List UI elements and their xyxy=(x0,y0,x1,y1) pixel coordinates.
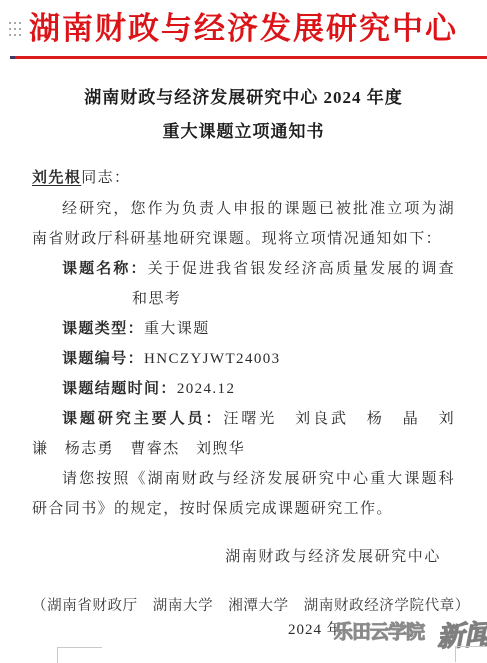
field-label: 课题结题时间： xyxy=(62,381,177,397)
field-value: 关于促进我省银发经济高质量发展的调查和思考 xyxy=(132,261,455,307)
field-value: 2024.12 xyxy=(177,381,236,397)
notice-document-page: { "letterhead": { "org_name": "湖南财政与经济发展… xyxy=(0,0,487,663)
field-value: 重大课题 xyxy=(144,321,210,337)
field-topic-number: 课题编号：HNCZYJWT24003 xyxy=(32,344,455,374)
signature-org-name: 湖南财政与经济发展研究中心 xyxy=(0,545,487,566)
field-research-members: 课题研究主要人员：汪曙光 刘良武 杨 晶 刘 谦 杨志勇 曹睿杰 刘煦华 xyxy=(32,404,455,464)
field-topic-type: 课题类型：重大课题 xyxy=(32,314,455,344)
document-title: 湖南财政与经济发展研究中心 2024 年度 重大课题立项通知书 xyxy=(0,81,487,149)
closing-paragraph: 请您按照《湖南财政与经济发展研究中心重大课题科研合同书》的规定，按时保质完成课题… xyxy=(32,464,455,524)
recipient-suffix: 同志： xyxy=(81,170,130,186)
letterhead-org-name: 湖南财政与经济发展研究中心 xyxy=(0,6,487,52)
field-label: 课题类型： xyxy=(62,321,144,337)
letterhead: 湖南财政与经济发展研究中心 xyxy=(0,0,487,52)
divider-tip xyxy=(10,56,15,59)
watermark-site-name: 乐田云学院 xyxy=(334,617,424,644)
field-topic-name: 课题名称：关于促进我省银发经济高质量发展的调查和思考 xyxy=(32,254,455,314)
letterhead-divider xyxy=(10,56,487,59)
corner-mark-right xyxy=(455,646,487,662)
field-label: 课题研究主要人员： xyxy=(62,411,223,427)
dot-grid-icon xyxy=(7,20,23,38)
document-body: 刘先根同志： 经研究，您作为负责人申报的课题已被批准立项为湖南省财政厅科研基地研… xyxy=(0,162,487,524)
field-value: HNCZYJWT24003 xyxy=(144,351,281,367)
intro-paragraph: 经研究，您作为负责人申报的课题已被批准立项为湖南省财政厅科研基地研究课题。现将立… xyxy=(32,194,455,254)
field-label: 课题名称： xyxy=(62,261,148,277)
stamp-note: （湖南省财政厅 湖南大学 湘潭大学 湖南财政经济学院代章） xyxy=(0,594,487,615)
recipient-line: 刘先根同志： xyxy=(32,162,455,194)
date-line: 2024 年 xyxy=(288,618,343,639)
field-completion-date: 课题结题时间：2024.12 xyxy=(32,374,455,404)
field-label: 课题编号： xyxy=(62,351,144,367)
corner-mark-left xyxy=(57,647,102,663)
recipient-name: 刘先根 xyxy=(32,170,81,186)
document-title-line2: 重大课题立项通知书 xyxy=(0,115,487,149)
document-title-line1: 湖南财政与经济发展研究中心 2024 年度 xyxy=(0,81,487,115)
